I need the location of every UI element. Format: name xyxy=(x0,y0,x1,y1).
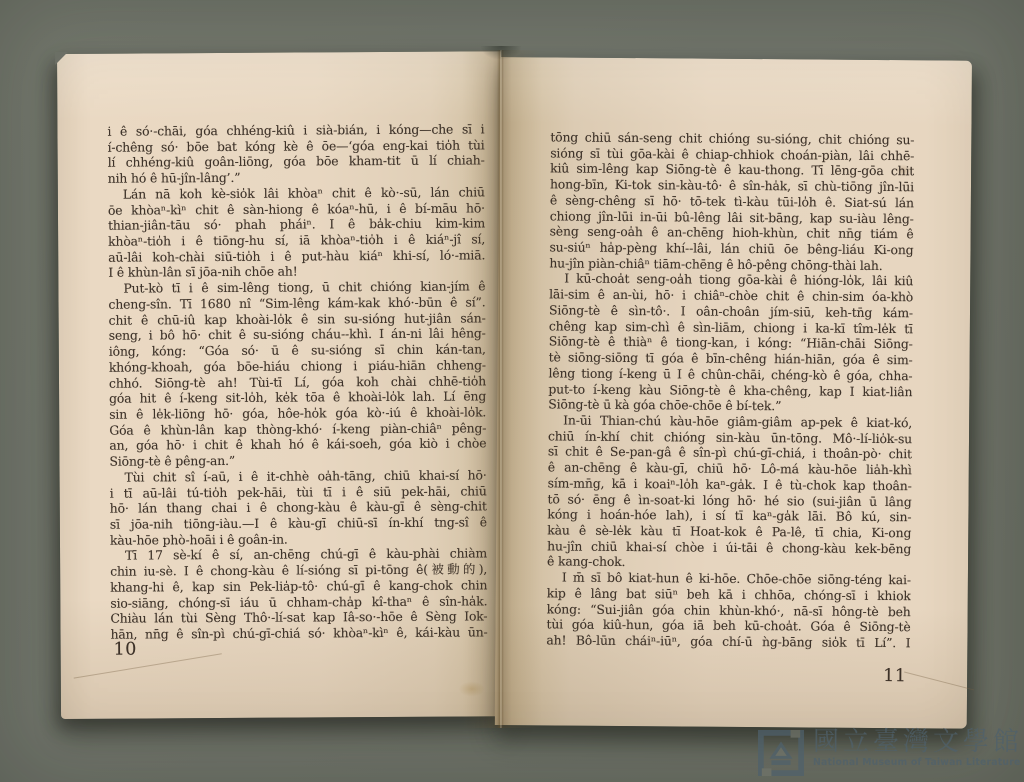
right-page-text: tōng chiū sán-seng chit chióng su-sióng,… xyxy=(546,129,914,651)
text-line: ah! Bô-lūn cháiⁿ-iūⁿ, góa chí-ū ǹg-bāng … xyxy=(546,632,910,651)
page-number-left: 10 xyxy=(114,640,137,660)
text-line: Lán nā koh kè-sio̍k lâi khòaⁿ chit ê kò·… xyxy=(108,184,485,202)
text-line: khóng-khoah, góa bōe-hiáu chiong i piáu-… xyxy=(109,357,486,375)
text-line: lí chhéng-kiû goân-liōng, góa bōe kham-t… xyxy=(108,153,485,171)
nmtl-watermark: 國立臺灣文學館 National Museum of Taiwan Litera… xyxy=(758,727,1023,780)
text-line: khang-hi ê, kap sin Pek-lia̍p-tô· chú-gī… xyxy=(110,577,487,595)
text-line: sin ê le̍k-liōng hō· góa, hôe-ho̍k góa k… xyxy=(109,404,486,422)
text-line: an, góa hō· i chit ê khah hó ê kái-soeh,… xyxy=(109,436,486,454)
text-line: hān, nn̄g ê sîn-pì chú-gī-chiá só· khòaⁿ… xyxy=(110,624,487,642)
watermark-title-en: National Museum of Taiwan Literature xyxy=(813,758,1023,768)
book-photo: i ê só·-chāi, góa chhéng-kiû i sià-bián,… xyxy=(0,0,1024,782)
page-number-right: 11 xyxy=(883,666,906,686)
watermark-title-zh: 國立臺灣文學館 xyxy=(813,727,1023,757)
left-page-text: i ê só·-chāi, góa chhéng-kiû i sià-bián,… xyxy=(107,121,487,642)
watermark-text: 國立臺灣文學館 National Museum of Taiwan Litera… xyxy=(813,727,1023,768)
text-line: sī jōa-nih tiōng-iàu.—I ê kàu-gī chiū-sī… xyxy=(110,514,487,532)
page-stain xyxy=(459,681,485,696)
right-page: tōng chiū sán-seng chit chióng su-sióng,… xyxy=(495,57,972,729)
text-line: Tùi chit sî í-aū, i ê it-chhè oa̍h-tāng,… xyxy=(110,467,487,485)
page-corner-notch xyxy=(55,52,68,65)
text-line: cheng-sîn. Tī 1680 nî “Sim-lêng kám-kak … xyxy=(108,294,485,312)
page-fold-crease xyxy=(904,672,974,691)
left-page: i ê só·-chāi, góa chhéng-kiû i sià-bián,… xyxy=(57,51,505,719)
text-line: i ê só·-chāi, góa chhéng-kiû i sià-bián,… xyxy=(107,121,484,139)
text-line: aū-lâi koh-chài siū-tio̍h i ê put-hàu ki… xyxy=(108,247,485,265)
nmtl-seal-icon xyxy=(758,730,804,780)
page-fold-crease xyxy=(74,653,222,678)
